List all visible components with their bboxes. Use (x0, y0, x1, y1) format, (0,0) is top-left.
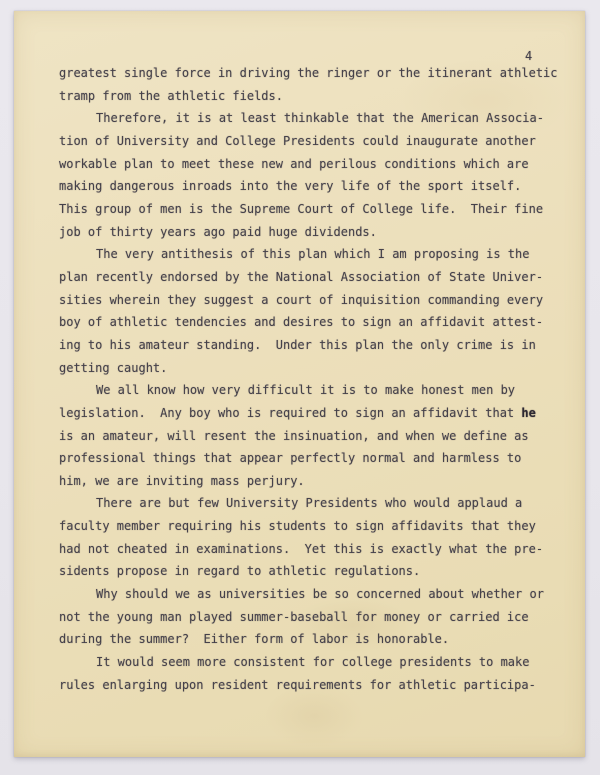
typed-line-segment: sities wherein they suggest a court of i… (59, 293, 543, 307)
typed-line-segment: sidents propose in regard to athletic re… (59, 564, 420, 578)
typed-line: This group of men is the Supreme Court o… (59, 198, 571, 221)
typed-line: legislation. Any boy who is required to … (59, 402, 571, 425)
typed-line: boy of athletic tendencies and desires t… (59, 311, 571, 334)
typed-line: We all know how very difficult it is to … (59, 379, 571, 402)
typed-line: sities wherein they suggest a court of i… (59, 289, 571, 312)
typed-line: job of thirty years ago paid huge divide… (59, 221, 571, 244)
typed-line: tion of University and College President… (59, 130, 571, 153)
typed-line: getting caught. (59, 357, 571, 380)
typed-line-segment: greatest single force in driving the rin… (59, 66, 558, 80)
typed-line: him, we are inviting mass perjury. (59, 470, 571, 493)
typed-line: sidents propose in regard to athletic re… (59, 560, 571, 583)
typed-line: It would seem more consistent for colleg… (59, 651, 571, 674)
typed-line-segment: tramp from the athletic fields. (59, 89, 283, 103)
typed-line: is an amateur, will resent the insinuati… (59, 425, 571, 448)
typed-line: There are but few University Presidents … (59, 492, 571, 515)
typed-line: ing to his amateur standing. Under this … (59, 334, 571, 357)
typed-line: greatest single force in driving the rin… (59, 62, 571, 85)
typed-line-segment: making dangerous inroads into the very l… (59, 179, 521, 193)
typed-line-segment: ing to his amateur standing. Under this … (59, 338, 536, 352)
typed-line-segment: Why should we as universities be so conc… (96, 587, 544, 601)
typed-line-segment: tion of University and College President… (59, 134, 536, 148)
scan-background: 4 greatest single force in driving the r… (0, 0, 600, 775)
typed-line: faculty member requiring his students to… (59, 515, 571, 538)
typed-line: not the young man played summer-baseball… (59, 606, 571, 629)
typed-line-segment: is an amateur, will resent the insinuati… (59, 429, 529, 443)
typed-line: making dangerous inroads into the very l… (59, 175, 571, 198)
typed-line: workable plan to meet these new and peri… (59, 153, 571, 176)
typed-line-segment: faculty member requiring his students to… (59, 519, 536, 533)
typed-line-segment: job of thirty years ago paid huge divide… (59, 225, 377, 239)
typed-line-segment: during the summer? Either form of labor … (59, 632, 449, 646)
typed-line-segment: professional things that appear perfectl… (59, 451, 521, 465)
typed-line-segment: legislation. Any boy who is required to … (59, 406, 521, 420)
typed-line: had not cheated in examinations. Yet thi… (59, 538, 571, 561)
typed-line: plan recently endorsed by the National A… (59, 266, 571, 289)
typed-line: during the summer? Either form of labor … (59, 628, 571, 651)
typed-line: Why should we as universities be so conc… (59, 583, 571, 606)
typed-line-segment: The very antithesis of this plan which I… (96, 247, 529, 261)
typed-line-segment: getting caught. (59, 361, 167, 375)
typed-line-segment: not the young man played summer-baseball… (59, 610, 529, 624)
typed-line-segment: There are but few University Presidents … (96, 496, 522, 510)
typed-line-segment: This group of men is the Supreme Court o… (59, 202, 543, 216)
page-number: 4 (525, 49, 532, 63)
bold-emphasis-word: he (521, 406, 535, 420)
typed-line-segment: boy of athletic tendencies and desires t… (59, 315, 543, 329)
typed-line-segment: had not cheated in examinations. Yet thi… (59, 542, 543, 556)
typed-line: Therefore, it is at least thinkable that… (59, 107, 571, 130)
typed-line: professional things that appear perfectl… (59, 447, 571, 470)
typed-line-segment: We all know how very difficult it is to … (96, 383, 515, 397)
typed-line-segment: him, we are inviting mass perjury. (59, 474, 305, 488)
typed-line-segment: plan recently endorsed by the National A… (59, 270, 543, 284)
typed-line-segment: Therefore, it is at least thinkable that… (96, 111, 544, 125)
typed-line: tramp from the athletic fields. (59, 85, 571, 108)
typed-line: rules enlarging upon resident requiremen… (59, 674, 571, 697)
typed-text: greatest single force in driving the rin… (59, 62, 571, 696)
document-page: 4 greatest single force in driving the r… (14, 11, 585, 757)
typed-line: The very antithesis of this plan which I… (59, 243, 571, 266)
typed-line-segment: It would seem more consistent for colleg… (96, 655, 529, 669)
typed-line-segment: rules enlarging upon resident requiremen… (59, 678, 536, 692)
typed-line-segment: workable plan to meet these new and peri… (59, 157, 529, 171)
